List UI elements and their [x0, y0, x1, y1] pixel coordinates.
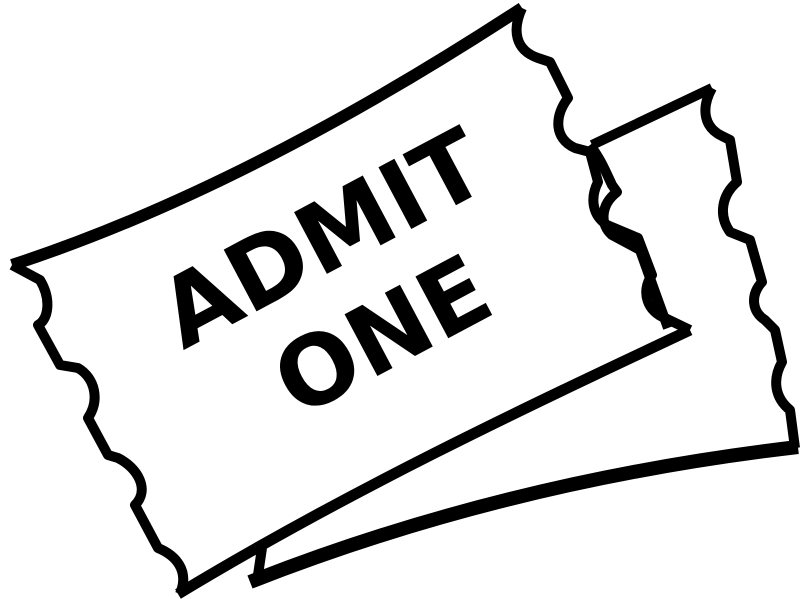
tickets-illustration: ADMIT ONE	[0, 0, 800, 599]
ticket-label: ADMIT ONE	[141, 107, 509, 439]
